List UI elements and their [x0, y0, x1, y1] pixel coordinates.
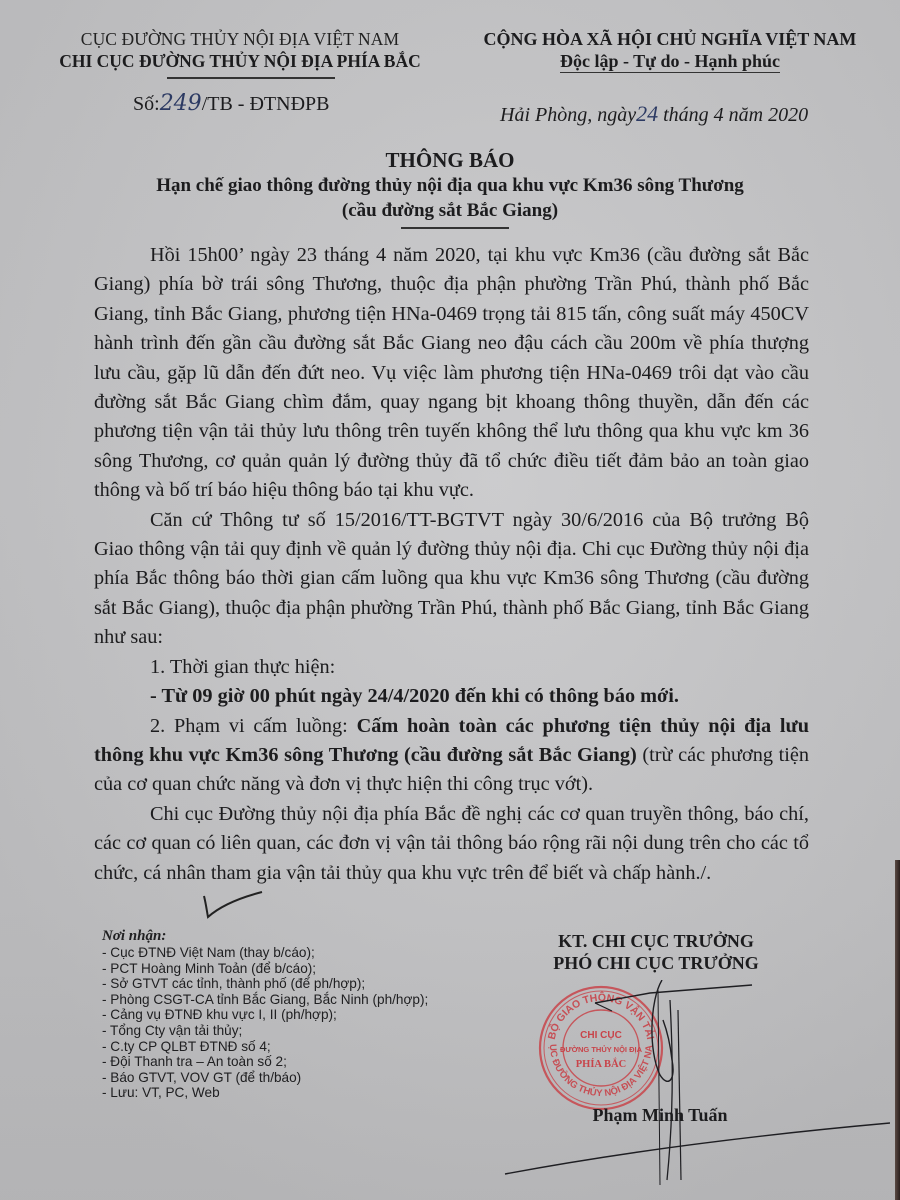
item-scope: 2. Phạm vi cấm luồng: Cấm hoàn toàn các … — [94, 712, 809, 800]
national-motto-block: CỘNG HÒA XÃ HỘI CHỦ NGHĨA VIỆT NAM Độc l… — [455, 28, 885, 72]
recipient-item: - Đội Thanh tra – An toàn số 2; — [102, 1054, 428, 1070]
date-day-handwritten: 24 — [636, 101, 658, 126]
motto: Độc lập - Tự do - Hạnh phúc — [560, 51, 780, 73]
recipient-item: - C.ty CP QLBT ĐTNĐ số 4; — [102, 1039, 428, 1055]
issuing-agency-block: CỤC ĐƯỜNG THỦY NỘI ĐỊA VIỆT NAM CHI CỤC … — [40, 28, 440, 79]
handwritten-tick-icon — [200, 890, 270, 920]
recipients-list: - Cục ĐTNĐ Việt Nam (thay b/cáo); - PCT … — [102, 945, 428, 1101]
item-time-label: 1. Thời gian thực hiện: — [94, 653, 809, 682]
place-date: Hải Phòng, ngày24 tháng 4 năm 2020 — [500, 101, 808, 127]
recipient-item: - Cục ĐTNĐ Việt Nam (thay b/cáo); — [102, 945, 428, 961]
handwritten-signature-icon — [500, 980, 890, 1190]
paragraph-legal-basis: Căn cứ Thông tư số 15/2016/TT-BGTVT ngày… — [94, 506, 809, 653]
date-prefix: Hải Phòng, ngày — [500, 104, 636, 126]
paragraph-request: Chi cục Đường thủy nội địa phía Bắc đề n… — [94, 800, 809, 888]
doc-number-suffix: /TB - ĐTNĐPB — [202, 93, 330, 115]
recipients-block: Nơi nhận: - Cục ĐTNĐ Việt Nam (thay b/cá… — [102, 928, 428, 1101]
notice-title-block: THÔNG BÁO Hạn chế giao thông đường thủy … — [90, 147, 810, 229]
item-scope-label: 2. Phạm vi cấm luồng: — [150, 715, 357, 737]
recipient-item: - Lưu: VT, PC, Web — [102, 1085, 428, 1101]
item-time-detail: - Từ 09 giờ 00 phút ngày 24/4/2020 đến k… — [150, 685, 679, 707]
divider — [401, 227, 509, 229]
notice-subtitle-line2: (cầu đường sắt Bắc Giang) — [90, 198, 810, 223]
recipient-item: - Báo GTVT, VOV GT (để th/báo) — [102, 1070, 428, 1086]
paragraph-incident: Hồi 15h00’ ngày 23 tháng 4 năm 2020, tại… — [94, 241, 809, 506]
notice-subtitle-line1: Hạn chế giao thông đường thủy nội địa qu… — [90, 173, 810, 198]
doc-number-prefix: Số: — [133, 93, 160, 115]
issuing-agency: CHI CỤC ĐƯỜNG THỦY NỘI ĐỊA PHÍA BẮC — [40, 50, 440, 72]
recipient-item: - Tổng Cty vận tải thủy; — [102, 1023, 428, 1039]
document-number: Số:249/TB - ĐTNĐPB — [133, 91, 329, 116]
recipient-item: - Cảng vụ ĐTNĐ khu vực I, II (ph/hợp); — [102, 1007, 428, 1023]
recipient-item: - Sở GTVT các tỉnh, thành phố (để ph/hợp… — [102, 976, 428, 992]
paper-edge-shadow — [895, 860, 900, 1200]
recipient-item: - PCT Hoàng Minh Toản (để b/cáo); — [102, 961, 428, 977]
signature-block: KT. CHI CỤC TRƯỞNG PHÓ CHI CỤC TRƯỞNG — [520, 930, 792, 974]
signer-role-line2: PHÓ CHI CỤC TRƯỞNG — [520, 952, 792, 974]
recipient-item: - Phòng CSGT-CA tỉnh Bắc Giang, Bắc Ninh… — [102, 992, 428, 1008]
recipients-label: Nơi nhận: — [102, 928, 428, 945]
signer-role-line1: KT. CHI CỤC TRƯỞNG — [520, 930, 792, 952]
notice-heading: THÔNG BÁO — [90, 147, 810, 173]
date-suffix: tháng 4 năm 2020 — [663, 104, 808, 126]
parent-agency: CỤC ĐƯỜNG THỦY NỘI ĐỊA VIỆT NAM — [40, 28, 440, 50]
signer-name: Phạm Minh Tuấn — [560, 1105, 760, 1126]
doc-number-handwritten: 249 — [160, 91, 202, 116]
divider — [167, 77, 335, 79]
nation-name: CỘNG HÒA XÃ HỘI CHỦ NGHĨA VIỆT NAM — [455, 28, 885, 50]
notice-body: Hồi 15h00’ ngày 23 tháng 4 năm 2020, tại… — [94, 241, 809, 888]
